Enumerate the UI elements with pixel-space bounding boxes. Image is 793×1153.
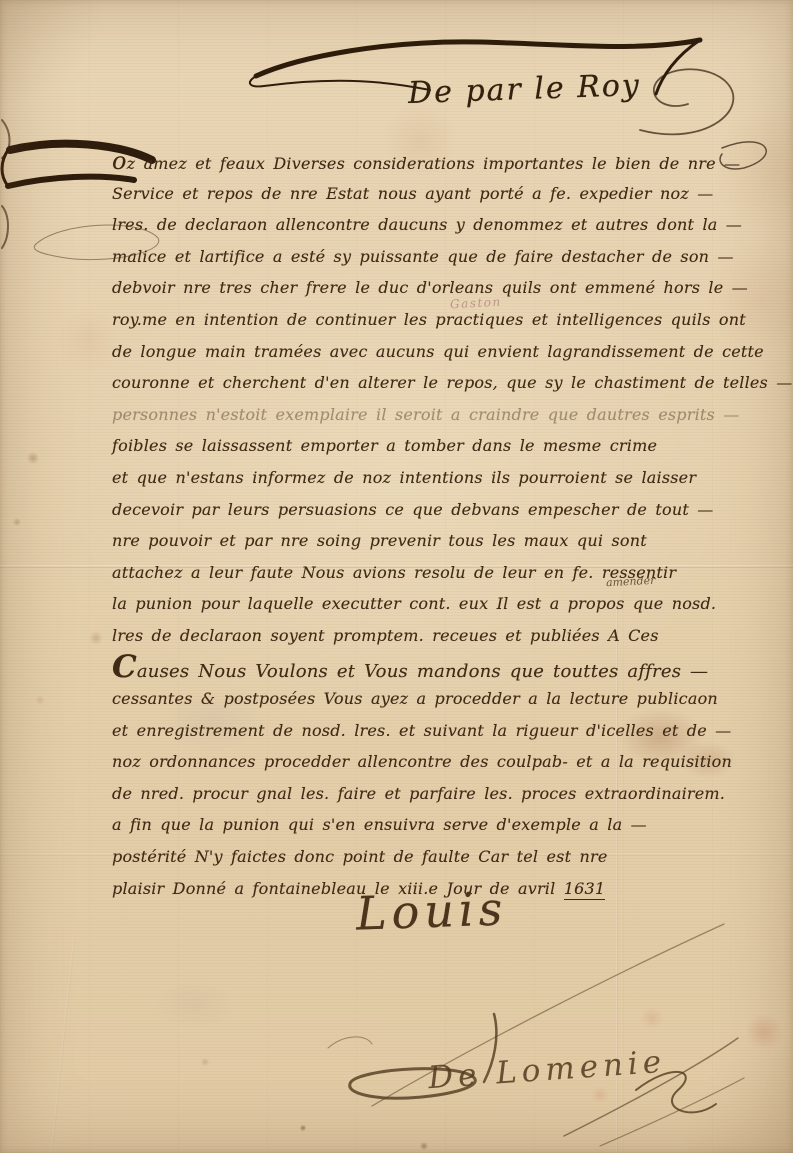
manuscript-line: malice et lartifice a esté sy puissante … xyxy=(112,241,760,273)
manuscript-line: attachez a leur faute Nous avions resolu… xyxy=(112,557,760,589)
manuscript-line: cessantes & postposées Vous ayez a proce… xyxy=(112,683,760,715)
date-year-underlined: 1631 xyxy=(564,879,606,900)
manuscript-line: postérité N'y faictes donc point de faul… xyxy=(112,841,760,873)
manuscript-line: la punion pour laquelle executter cont. … xyxy=(112,588,760,620)
document-heading: De par le Roy xyxy=(407,68,641,111)
manuscript-line: et que n'estans informez de noz intentio… xyxy=(112,462,760,494)
signature-paraph-flourish xyxy=(328,924,744,1146)
manuscript-line: et enregistrement de nosd. lres. et suiv… xyxy=(112,715,760,747)
manuscript-line: lres. de declaraon allencontre daucuns y… xyxy=(112,209,760,241)
manuscript-line: roy.me en intention de continuer les pra… xyxy=(112,304,760,336)
interlinear-insertion: amender xyxy=(606,574,656,590)
pencil-annotation-gaston: Gaston xyxy=(450,295,502,312)
manuscript-line: oz amez et feaux Diverses considerations… xyxy=(112,146,760,178)
manuscript-line: decevoir par leurs persuasions ce que de… xyxy=(112,494,760,526)
manuscript-line-faded: personnes n'estoit exemplaire il seroit … xyxy=(112,399,760,431)
manuscript-line: debvoir nre tres cher frere le duc d'orl… xyxy=(112,272,760,304)
manuscript-line-causes: Causes Nous Voulons et Vous mandons que … xyxy=(112,652,760,684)
manuscript-line: couronne et cherchent d'en alterer le re… xyxy=(112,367,760,399)
manuscript-line: lres de declaraon soyent promptem. receu… xyxy=(112,620,760,652)
manuscript-line: de nred. procur gnal les. faire et parfa… xyxy=(112,778,760,810)
corner-wrinkle-crease xyxy=(51,935,76,1152)
royal-signature: Louis xyxy=(355,881,508,940)
secretary-countersignature: De Lomenie xyxy=(427,1044,667,1097)
manuscript-line: foibles se laissassent emporter a tomber… xyxy=(112,430,760,462)
manuscript-line: nre pouvoir et par nre soing prevenir to… xyxy=(112,525,760,557)
manuscript-line: noz ordonnances procedder allencontre de… xyxy=(112,746,760,778)
manuscript-line: Service et repos de nre Estat nous ayant… xyxy=(112,178,760,210)
manuscript-page: De par le Roy oz amez et feaux Diverses … xyxy=(0,0,793,1153)
manuscript-line: a fin que la punion qui s'en ensuivra se… xyxy=(112,809,760,841)
manuscript-line: de longue main tramées avec aucuns qui e… xyxy=(112,336,760,368)
manuscript-body: oz amez et feaux Diverses considerations… xyxy=(112,146,760,904)
